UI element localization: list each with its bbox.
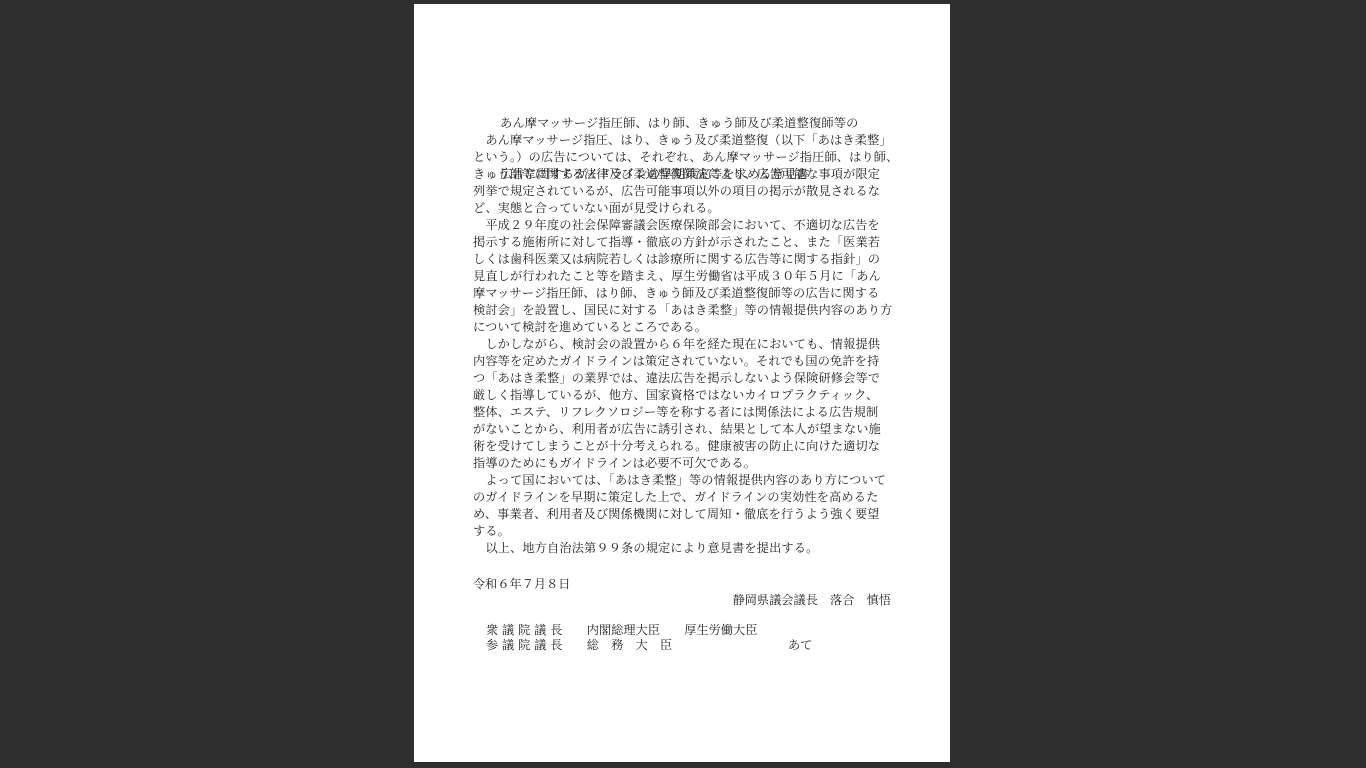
body-line: という。）の広告については、それぞれ、あん摩マッサージ指圧師、はり師、 <box>473 149 893 166</box>
body-line: きゅう師等に関する法律及び柔道整復師法により、広告可能な事項が限定 <box>473 166 893 183</box>
body-line: 列挙で規定されているが、広告可能事項以外の項目の掲示が散見されるな <box>473 183 893 200</box>
body-line: 整体、エステ、リフレクソロジー等を称する者には関係法による広告規制 <box>473 404 893 421</box>
body-line: について検討を進めているところである。 <box>473 319 893 336</box>
body-line: 内容等を定めたガイドラインは策定されていない。それでも国の免許を持 <box>473 353 893 370</box>
body-line: しかしながら、検討会の設置から６年を経た現在においても、情報提供 <box>473 336 893 353</box>
body-line: 指導のためにもガイドラインは必要不可欠である。 <box>473 455 893 472</box>
body-line: がないことから、利用者が広告に誘引され、結果として本人が望まない施 <box>473 421 893 438</box>
addressee-suffix: あて <box>788 636 812 653</box>
body-line: 見直しが行われたこと等を踏まえ、厚生労働省は平成３０年５月に「あん <box>473 268 893 285</box>
body-line: 摩マッサージ指圧師、はり師、きゅう師及び柔道整復師等の広告に関する <box>473 285 893 302</box>
signer: 静岡県議会議長 落合 慎悟 <box>733 591 891 608</box>
body-line: ど、実態と合っていない面が見受けられる。 <box>473 200 893 217</box>
body-line: あん摩マッサージ指圧、はり、きゅう及び柔道整復（以下「あはき柔整」 <box>473 132 893 149</box>
body-line: 以上、地方自治法第９９条の規定により意見書を提出する。 <box>473 540 893 557</box>
document-body: あん摩マッサージ指圧、はり、きゅう及び柔道整復（以下「あはき柔整」という。）の広… <box>473 132 893 557</box>
body-line: め、事業者、利用者及び関係機関に対して周知・徹底を行うよう強く要望 <box>473 506 893 523</box>
body-line: 厳しく指導しているが、他方、国家資格ではないカイロプラクティック、 <box>473 387 893 404</box>
document-page: あん摩マッサージ指圧師、はり師、きゅう師及び柔道整復師等の 広告に関するガイドラ… <box>414 4 950 762</box>
body-line: しくは歯科医業又は病院若しくは診療所に関する広告等に関する指針」の <box>473 251 893 268</box>
body-line: よって国においては、「あはき柔整」等の情報提供内容のあり方について <box>473 472 893 489</box>
body-line: のガイドラインを早期に策定した上で、ガイドラインの実効性を高めるた <box>473 489 893 506</box>
body-line: 掲示する施術所に対して指導・徹底の方針が示されたこと、また「医業若 <box>473 234 893 251</box>
body-line: する。 <box>473 523 893 540</box>
addressees-row-2: 参 議 院 議 長 総 務 大 臣 <box>486 636 672 653</box>
body-line: 平成２９年度の社会保障審議会医療保険部会において、不適切な広告を <box>473 217 893 234</box>
title-line: あん摩マッサージ指圧師、はり師、きゅう師及び柔道整復師等の <box>500 115 859 132</box>
body-line: 術を受けてしまうことが十分考えられる。健康被害の防止に向けた適切な <box>473 438 893 455</box>
body-line: つ「あはき柔整」の業界では、違法広告を掲示しないよう保険研修会等で <box>473 370 893 387</box>
document-date: 令和６年７月８日 <box>473 575 571 592</box>
body-line: 検討会」を設置し、国民に対する「あはき柔整」等の情報提供内容のあり方 <box>473 302 893 319</box>
